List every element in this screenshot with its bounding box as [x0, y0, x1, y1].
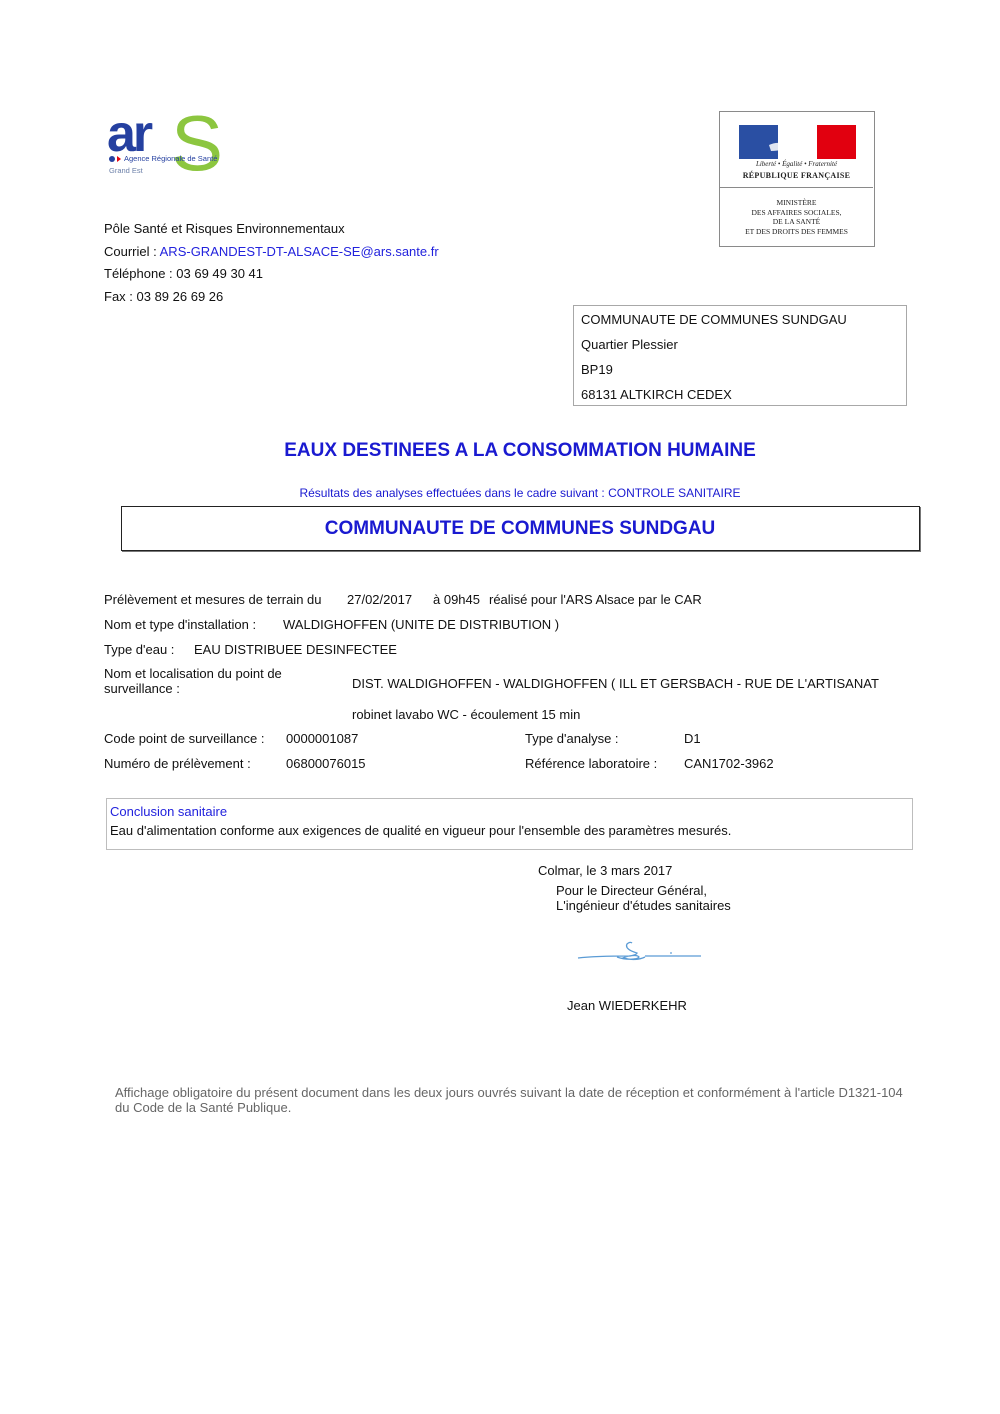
surveillance-point-label-2: surveillance : [104, 681, 180, 696]
conclusion-box: Conclusion sanitaire Eau d'alimentation … [106, 798, 913, 850]
analysis-type-label: Type d'analyse : [525, 731, 619, 746]
ministry-line: ET DES DROITS DES FEMMES [720, 227, 873, 237]
recipient-name: COMMUNAUTE DE COMMUNES SUNDGAU [581, 312, 847, 327]
signatory-role: L'ingénieur d'études sanitaires [556, 898, 731, 913]
sampling-performer: réalisé pour l'ARS Alsace par le CAR [489, 592, 702, 607]
for-director-line: Pour le Directeur Général, [556, 883, 707, 898]
ministry-logo: Liberté • Égalité • Fraternité RÉPUBLIQU… [719, 111, 875, 247]
ars-logo-s: S [171, 98, 223, 189]
sample-number-value: 06800076015 [286, 756, 366, 771]
handwritten-signature-icon [575, 938, 705, 968]
ars-logo: ar S Agence Régionale de Santé Grand Est [105, 112, 235, 187]
ministry-name: MINISTÈRE DES AFFAIRES SOCIALES, DE LA S… [720, 198, 873, 236]
sender-fax: Fax : 03 89 26 69 26 [104, 289, 223, 304]
sender-department: Pôle Santé et Risques Environnementaux [104, 221, 345, 236]
email-label: Courriel : [104, 244, 160, 259]
surveillance-point-label-1: Nom et localisation du point de [104, 666, 282, 681]
surveillance-point-detail: robinet lavabo WC - écoulement 15 min [352, 707, 580, 722]
marianne-profile-icon [739, 125, 856, 159]
divider [720, 187, 873, 188]
sampling-label: Prélèvement et mesures de terrain du [104, 592, 322, 607]
sampling-time: à 09h45 [433, 592, 480, 607]
analysis-context: Résultats des analyses effectuées dans l… [0, 486, 1000, 500]
red-arrow-icon [117, 156, 121, 162]
ars-agency-line: Agence Régionale de Santé [109, 154, 217, 163]
footer-notice-line-2: du Code de la Santé Publique. [115, 1100, 291, 1115]
analysis-type-value: D1 [684, 731, 701, 746]
document-title: EAUX DESTINEES A LA CONSOMMATION HUMAINE [0, 440, 1000, 462]
ars-region: Grand Est [109, 166, 143, 175]
recipient-address-box: COMMUNAUTE DE COMMUNES SUNDGAU Quartier … [573, 305, 907, 406]
point-code-label: Code point de surveillance : [104, 731, 264, 746]
blue-dot-icon [109, 156, 115, 162]
sample-number-label: Numéro de prélèvement : [104, 756, 251, 771]
ministry-line: MINISTÈRE [720, 198, 873, 208]
recipient-street: Quartier Plessier [581, 337, 678, 352]
sender-phone: Téléphone : 03 69 49 30 41 [104, 266, 263, 281]
recipient-city: 68131 ALTKIRCH CEDEX [581, 387, 732, 402]
ministry-line: DES AFFAIRES SOCIALES, [720, 208, 873, 218]
republic-motto: Liberté • Égalité • Fraternité [720, 160, 873, 168]
point-code-value: 0000001087 [286, 731, 358, 746]
water-type-value: EAU DISTRIBUEE DESINFECTEE [194, 642, 397, 657]
water-type-label: Type d'eau : [104, 642, 174, 657]
footer-notice-line-1: Affichage obligatoire du présent documen… [115, 1085, 928, 1100]
lab-ref-label: Référence laboratoire : [525, 756, 657, 771]
lab-ref-value: CAN1702-3962 [684, 756, 774, 771]
entity-title: COMMUNAUTE DE COMMUNES SUNDGAU [122, 518, 918, 540]
ars-agency-name: Agence Régionale de Santé [124, 154, 217, 163]
republic-name: RÉPUBLIQUE FRANÇAISE [720, 171, 873, 180]
recipient-po-box: BP19 [581, 362, 613, 377]
conclusion-label: Conclusion sanitaire [110, 804, 227, 819]
entity-box: COMMUNAUTE DE COMMUNES SUNDGAU [121, 506, 920, 551]
place-date: Colmar, le 3 mars 2017 [538, 863, 672, 878]
signatory-name: Jean WIEDERKEHR [567, 998, 687, 1013]
conclusion-text: Eau d'alimentation conforme aux exigence… [110, 823, 731, 838]
sampling-date: 27/02/2017 [347, 592, 412, 607]
installation-value: WALDIGHOFFEN (UNITE DE DISTRIBUTION ) [283, 617, 559, 632]
ministry-line: DE LA SANTÉ [720, 217, 873, 227]
sender-email-row: Courriel : ARS-GRANDEST-DT-ALSACE-SE@ars… [104, 244, 439, 259]
surveillance-point-value: DIST. WALDIGHOFFEN - WALDIGHOFFEN ( ILL … [352, 676, 879, 691]
email-link[interactable]: ARS-GRANDEST-DT-ALSACE-SE@ars.sante.fr [160, 244, 439, 259]
installation-label: Nom et type d'installation : [104, 617, 256, 632]
marianne-flag-icon [739, 125, 856, 159]
